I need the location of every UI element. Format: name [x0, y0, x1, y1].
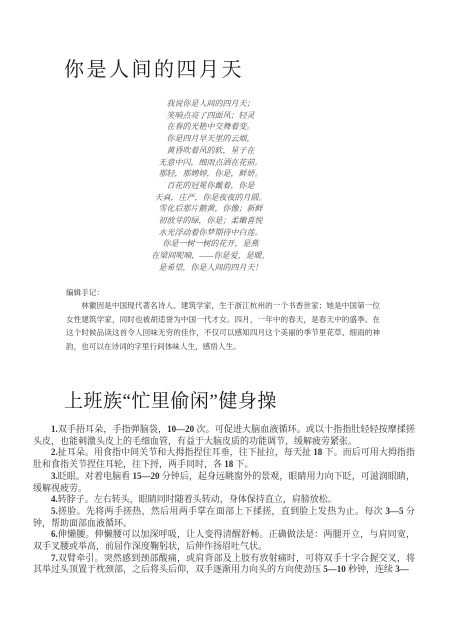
editor-note-label: 编辑手记：	[66, 286, 380, 299]
list-item: 7.双臂牵引。突然感到颈部酸痛，或肩背部及上肢有放射痛时，可将双手十字合握交叉，…	[33, 553, 415, 576]
list-item: 5.搓脸。先将两手搓热，然后用两手掌在面部上下揉搓，直到脸上发热为止。每次 3—…	[33, 506, 415, 529]
poem: 我说你是人间的四月天； 笑响点亮了四面风；轻灵 在春的光艳中交舞着变。 你是四月…	[0, 98, 421, 274]
list-item: 6.伸懒腰。伸懒腰可以加深呼吸，让人变得清醒舒畅。正确做法是：两腿开立，与肩同宽…	[33, 529, 415, 552]
item-text: 扯耳朵。用食指中间关节和大拇指捏住耳垂，往下扯拉，每天扯 18 下。而后可用大拇…	[33, 447, 415, 469]
poem-line: 在梁间呢喃，——你是爱，是暖，	[0, 250, 421, 262]
item-text: 双手捂耳朵，手指弹脑袋，10—20 次。可促进大脑血液循环。或以十指指肚轻轻按摩…	[33, 424, 415, 446]
poem-line: 初放芽的绿，你是；柔嫩喜悦	[0, 215, 421, 227]
item-number: 7.	[51, 553, 58, 563]
poem-line: 我说你是人间的四月天；	[0, 98, 421, 110]
editor-note: 编辑手记： 林徽因是中国现代著名诗人、建筑学家，生于浙江杭州的一个书香世家；她是…	[66, 286, 380, 353]
poem-line: 水光浮动着你梦期待中白莲。	[0, 227, 421, 239]
item-number: 6.	[51, 529, 58, 539]
list-item: 4.转脖子。左右转头，眼睛同时随着头转动，身体保持直立，肩膀放松。	[33, 494, 415, 506]
poem-line: 笑响点亮了四面风；轻灵	[0, 110, 421, 122]
item-text: 眨眼。对着电脑看 15—20 分钟后，起身远眺窗外的景观，眼睛用力向下眨，可滋润…	[33, 471, 415, 493]
item-text: 双臂牵引。突然感到颈部酸痛，或肩背部及上肢有放射痛时，可将双手十字合握交叉，将其…	[33, 553, 415, 575]
poem-line: 黄昏吹着风的软，星子在	[0, 145, 421, 157]
item-number: 2.	[51, 447, 58, 457]
poem-line: 那轻，那娉婷，你是，鲜妍。	[0, 168, 421, 180]
article2-title: 上班族“忙里偷闲”健身操	[64, 386, 277, 413]
article1-title: 你是人间的四月天	[64, 53, 244, 82]
document-page: 你是人间的四月天 我说你是人间的四月天； 笑响点亮了四面风；轻灵 在春的光艳中交…	[0, 0, 451, 638]
list-item: 3.眨眼。对着电脑看 15—20 分钟后，起身远眺窗外的景观，眼睛用力向下眨，可…	[33, 471, 415, 494]
item-number: 3.	[51, 471, 58, 481]
item-text: 伸懒腰。伸懒腰可以加深呼吸，让人变得清醒舒畅。正确做法是：两腿开立，与肩同宽，双…	[33, 529, 415, 551]
poem-line: 天真，庄严，你是夜夜的月圆。	[0, 192, 421, 204]
editor-note-text: 林徽因是中国现代著名诗人、建筑学家，生于浙江杭州的一个书香世家；她是中国第一位女…	[66, 299, 380, 353]
poem-line: 你是一树一树的花开，是燕	[0, 238, 421, 250]
item-text: 搓脸。先将两手搓热，然后用两手掌在面部上下揉搓，直到脸上发热为止。每次 3—5 …	[33, 506, 415, 528]
item-number: 4.	[51, 494, 58, 504]
poem-line: 在春的光艳中交舞着变。	[0, 121, 421, 133]
list-item: 1.双手捂耳朵，手指弹脑袋，10—20 次。可促进大脑血液循环。或以十指指肚轻轻…	[33, 424, 415, 447]
poem-line: 百花的冠冕你戴着，你是	[0, 180, 421, 192]
exercise-list: 1.双手捂耳朵，手指弹脑袋，10—20 次。可促进大脑血液循环。或以十指指肚轻轻…	[33, 424, 415, 576]
item-number: 5.	[51, 506, 58, 516]
poem-line: 雪化后那片鹅黄，你像；新鲜	[0, 203, 421, 215]
poem-line: 无意中闪，细雨点洒在花前。	[0, 157, 421, 169]
poem-line: 是希望，你是人间的四月天！	[0, 262, 421, 274]
item-number: 1.	[51, 424, 58, 434]
item-text: 转脖子。左右转头，眼睛同时随着头转动，身体保持直立，肩膀放松。	[58, 494, 337, 504]
poem-line: 你是四月早天里的云烟，	[0, 133, 421, 145]
list-item: 2.扯耳朵。用食指中间关节和大拇指捏住耳垂，往下扯拉，每天扯 18 下。而后可用…	[33, 447, 415, 470]
